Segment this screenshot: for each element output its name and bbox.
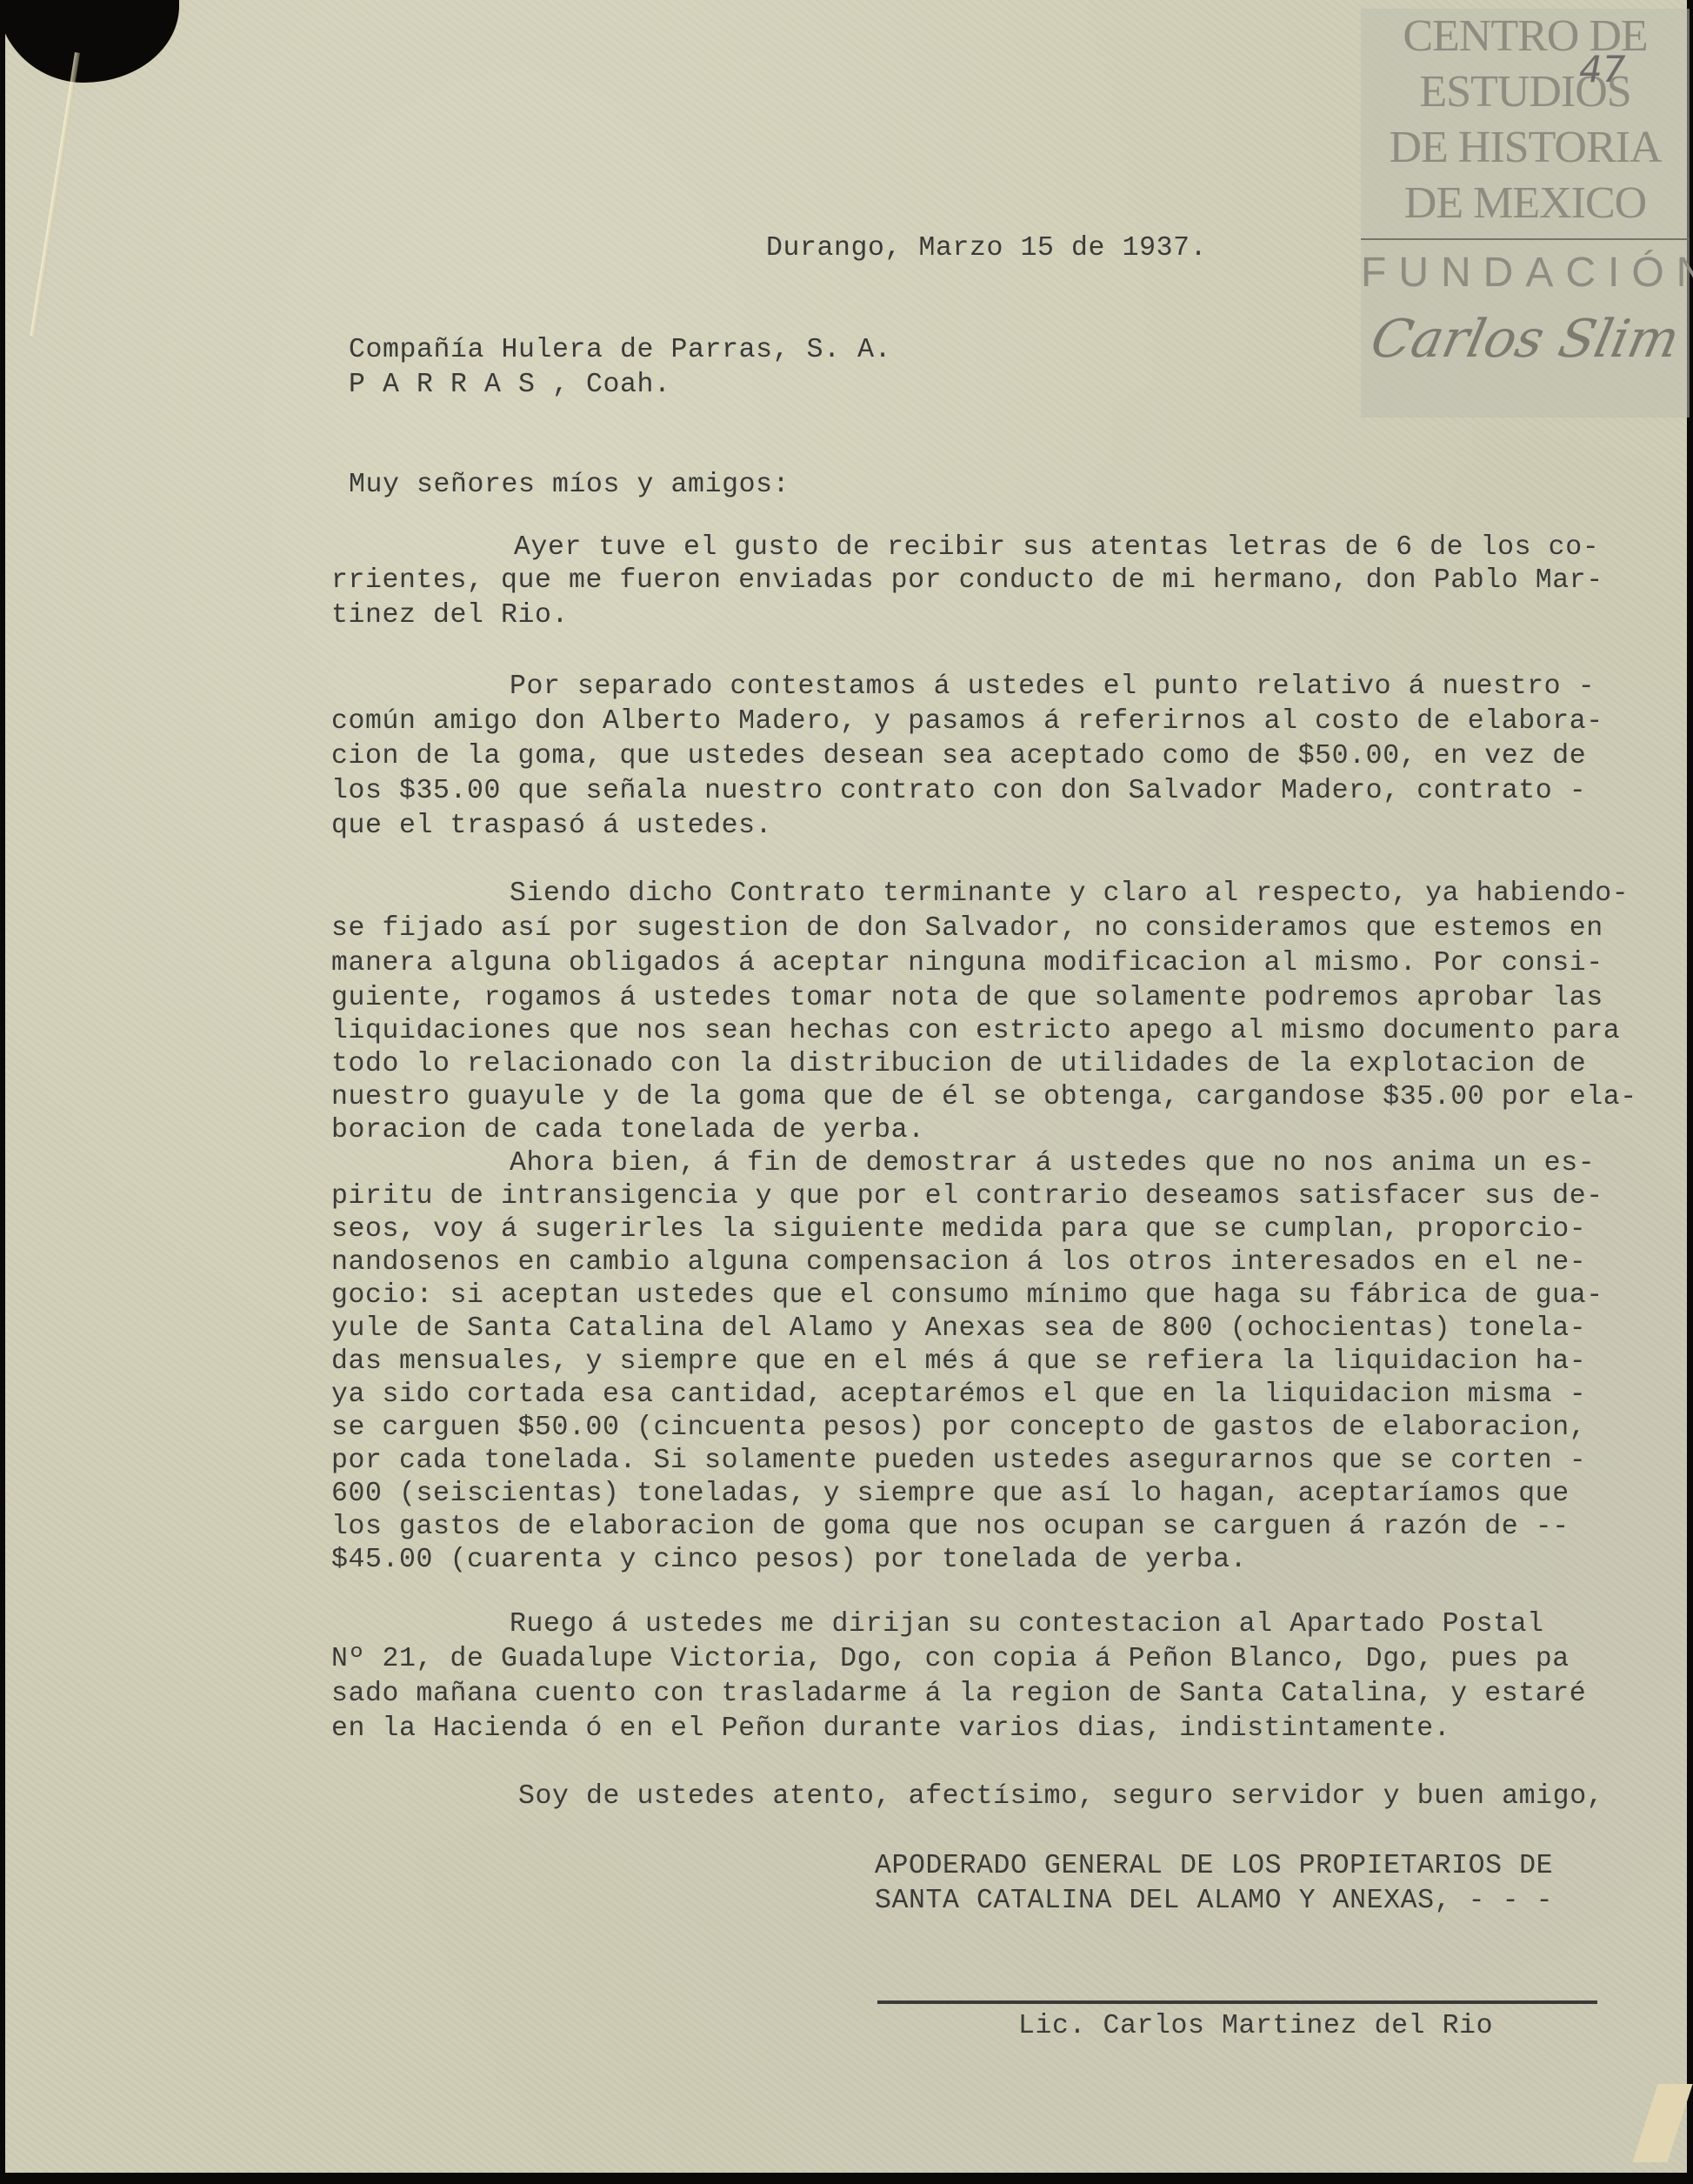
body-line: rrientes, que me fueron enviadas por con… (331, 565, 1603, 596)
body-line: Ahora bien, á fin de demostrar á ustedes… (510, 1148, 1595, 1179)
body-line: 600 (seiscientas) toneladas, y siempre q… (331, 1479, 1570, 1509)
salutation: Muy señores míos y amigos: (349, 470, 790, 500)
signatory-title-line: SANTA CATALINA DEL ALAMO Y ANEXAS, - - - (875, 1886, 1553, 1916)
signature-line (877, 2000, 1597, 2004)
folio-number: 47 (1579, 48, 1625, 90)
recipient-company: Compañía Hulera de Parras, S. A. (349, 335, 891, 365)
stamp-line: DE MEXICO (1361, 176, 1690, 231)
body-line: sado mañana cuento con trasladarme á la … (331, 1679, 1586, 1709)
paper-fold (30, 52, 80, 337)
body-line: tinez del Rio. (331, 600, 569, 631)
signatory-name: Lic. Carlos Martinez del Rio (1018, 2011, 1493, 2041)
recipient-city: P A R R A S , Coah. (349, 370, 671, 400)
body-line: $45.00 (cuarenta y cinco pesos) por tone… (331, 1545, 1247, 1575)
body-line: liquidaciones que nos sean hechas con es… (331, 1016, 1620, 1046)
stamp-signature: Carlos Slim (1355, 309, 1693, 370)
body-line: das mensuales, y siempre que en el més á… (331, 1346, 1586, 1377)
body-line: se fijado así por sugestion de don Salva… (331, 913, 1603, 944)
body-line: Siendo dicho Contrato terminante y claro… (510, 878, 1629, 909)
letter-page: CENTRO DE ESTUDIOS DE HISTORIA DE MEXICO… (5, 0, 1687, 2173)
body-line: guiente, rogamos á ustedes tomar nota de… (331, 983, 1603, 1013)
body-line: que el traspasó á ustedes. (331, 811, 772, 841)
body-line: en la Hacienda ó en el Peñon durante var… (331, 1713, 1450, 1744)
body-line: Nº 21, de Guadalupe Victoria, Dgo, con c… (331, 1644, 1570, 1674)
body-line: piritu de intransigencia y que por el co… (331, 1181, 1603, 1212)
body-line: Ayer tuve el gusto de recibir sus atenta… (514, 532, 1599, 563)
torn-corner (0, 0, 179, 83)
stamp-foundation: FUNDACIÓN (1361, 249, 1690, 297)
stamp-line: DE HISTORIA (1361, 120, 1690, 176)
body-line: los gastos de elaboracion de goma que no… (331, 1512, 1570, 1542)
archive-stamp: CENTRO DE ESTUDIOS DE HISTORIA DE MEXICO… (1361, 9, 1690, 417)
body-line: Ruego á ustedes me dirijan su contestaci… (510, 1609, 1544, 1640)
body-line: yule de Santa Catalina del Alamo y Anexa… (331, 1313, 1586, 1344)
body-line: los $35.00 que señala nuestro contrato c… (331, 776, 1586, 806)
body-line: gocio: si aceptan ustedes que el consumo… (331, 1280, 1603, 1311)
signatory-title-line: APODERADO GENERAL DE LOS PROPIETARIOS DE (875, 1851, 1553, 1881)
body-line: manera alguna obligados á aceptar ningun… (331, 948, 1603, 978)
body-line: todo lo relacionado con la distribucion … (331, 1049, 1586, 1079)
stamp-divider (1361, 238, 1690, 240)
body-line: nuestro guayule y de la goma que de él s… (331, 1082, 1637, 1112)
body-line: boracion de cada tonelada de yerba. (331, 1115, 925, 1145)
body-line: ya sido cortada esa cantidad, aceptarémo… (331, 1379, 1586, 1410)
body-line: nandosenos en cambio alguna compensacion… (331, 1247, 1586, 1278)
body-line: se carguen $50.00 (cincuenta pesos) por … (331, 1413, 1586, 1443)
body-line: seos, voy á sugerirles la siguiente medi… (331, 1214, 1586, 1245)
body-line: común amigo don Alberto Madero, y pasamo… (331, 706, 1603, 737)
place-date: Durango, Marzo 15 de 1937. (766, 233, 1207, 264)
body-line: cion de la goma, que ustedes desean sea … (331, 741, 1586, 771)
body-line: por cada tonelada. Si solamente pueden u… (331, 1446, 1586, 1476)
body-line: Por separado contestamos á ustedes el pu… (510, 671, 1595, 702)
stamp-line: CENTRO DE (1361, 9, 1690, 64)
stamp-line: ESTUDIOS (1361, 64, 1690, 120)
folded-corner (1632, 2084, 1692, 2162)
closing: Soy de ustedes atento, afectísimo, segur… (518, 1781, 1603, 1812)
